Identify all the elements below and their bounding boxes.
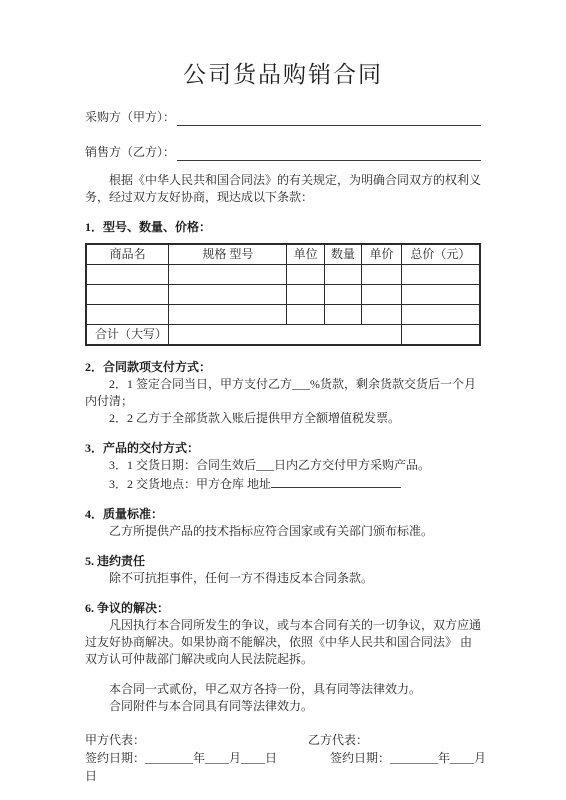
table-empty-cell [324, 305, 361, 325]
table-empty-cell [362, 285, 401, 305]
section-3-item-2: 3．2 交货地点：甲方仓库 地址 [85, 474, 481, 493]
section-3-heading: 3．产品的交付方式： [85, 440, 481, 457]
table-empty-cell [86, 305, 169, 325]
address-blank-line [271, 474, 401, 488]
contract-title: 公司货品购销合同 [85, 60, 481, 90]
section-3-item-1: 3．1 交货日期：合同生效后___日内乙方交付甲方采购产品。 [85, 457, 481, 474]
table-empty-cell [287, 285, 324, 305]
table-empty-cell [324, 265, 361, 285]
intro-paragraph: 根据《中华人民共和国合同法》的有关规定，为明确合同双方的权利义务，经过双方友好协… [85, 172, 481, 206]
party-a-row: 采购方（甲方）： [85, 104, 481, 126]
section-2-heading: 2．合同款项支付方式： [85, 359, 481, 376]
party-a-representative-label: 甲方代表： [85, 733, 145, 747]
party-b-representative-label: 乙方代表： [308, 732, 368, 749]
party-b-row: 销售方（乙方）： [85, 139, 481, 161]
table-empty-cell [287, 265, 324, 285]
table-empty-cell [287, 305, 324, 325]
table-header-spec-model: 规格 型号 [169, 244, 287, 265]
section-4-body: 乙方所提供产品的技术指标应符合国家或有关部门颁布标准。 [85, 523, 481, 540]
table-empty-cell [362, 305, 401, 325]
table-header-row: 商品名 规格 型号 单位 数量 单价 总价（元） [86, 244, 480, 265]
party-b-label: 销售方（乙方）： [85, 144, 175, 161]
table-footer-total-value-cell [401, 325, 480, 346]
sign-dates-line: 签约日期：________年____月____日 签约日期：________年_… [85, 750, 481, 768]
section-4-heading: 4．质量标准： [85, 506, 481, 523]
party-b-sign-date: 签约日期：________年____月 [330, 750, 486, 767]
party-a-label: 采购方（甲方）： [85, 109, 175, 126]
table-empty-cell [324, 285, 361, 305]
wrapped-day-line: 日 [85, 768, 481, 786]
table-header-product-name: 商品名 [86, 244, 169, 265]
table-empty-row [86, 265, 480, 285]
table-empty-cell [362, 265, 401, 285]
section-5-body: 除不可抗拒事件，任何一方不得违反本合同条款。 [85, 570, 481, 587]
section-6-heading: 6. 争议的解决： [85, 600, 481, 617]
table-header-quantity: 数量 [324, 244, 361, 265]
section-2-item-1: 2．1 签定合同当日，甲方支付乙方___%货款，剩余货款交货后一个月内付清； [85, 376, 481, 410]
table-footer-row: 合计（大写） [86, 325, 480, 346]
section-1-heading: 1．型号、数量、价格： [85, 219, 481, 236]
wrapped-day-character: 日 [85, 769, 97, 783]
contract-document-page: 公司货品购销合同 采购方（甲方）： 销售方（乙方）： 根据《中华人民共和国合同法… [0, 0, 566, 800]
table-empty-cell [169, 265, 287, 285]
representatives-line: 甲方代表： 乙方代表： [85, 732, 481, 750]
goods-table: 商品名 规格 型号 单位 数量 单价 总价（元） 合计（大写） [85, 243, 481, 346]
table-header-unit: 单位 [287, 244, 324, 265]
section-6-body: 凡因执行本合同所发生的争议，或与本合同有关的一切争议，双方应通过友好协商解决。如… [85, 617, 481, 668]
section-2-item-2: 2．2 乙方于全部货款入账后提供甲方全额增值税发票。 [85, 410, 481, 427]
table-empty-cell [86, 265, 169, 285]
table-footer-total-label: 合计（大写） [86, 325, 169, 346]
table-header-total-price: 总价（元） [401, 244, 480, 265]
party-a-sign-date: 签约日期：________年____月____日 [85, 751, 277, 765]
table-empty-cell [169, 305, 287, 325]
party-a-blank-line [177, 110, 481, 126]
signature-block: 甲方代表： 乙方代表： 签约日期：________年____月____日 签约日… [85, 732, 481, 786]
closing-paragraph-1: 本合同一式贰份，甲乙双方各持一份，具有同等法律效力。 [85, 681, 481, 698]
table-empty-cell [401, 305, 480, 325]
table-empty-cell [401, 285, 480, 305]
table-header-unit-price: 单价 [362, 244, 401, 265]
section-5-heading: 5. 违约责任 [85, 553, 481, 570]
table-empty-cell [86, 285, 169, 305]
table-empty-row [86, 305, 480, 325]
table-footer-amount-cell [169, 325, 401, 346]
party-b-blank-line [177, 145, 481, 161]
table-empty-row [86, 285, 480, 305]
table-empty-cell [401, 265, 480, 285]
closing-paragraph-2: 合同附件与本合同具有同等法律效力。 [85, 698, 481, 715]
section-3-item-2-text: 3．2 交货地点：甲方仓库 地址 [109, 477, 271, 491]
table-empty-cell [169, 285, 287, 305]
